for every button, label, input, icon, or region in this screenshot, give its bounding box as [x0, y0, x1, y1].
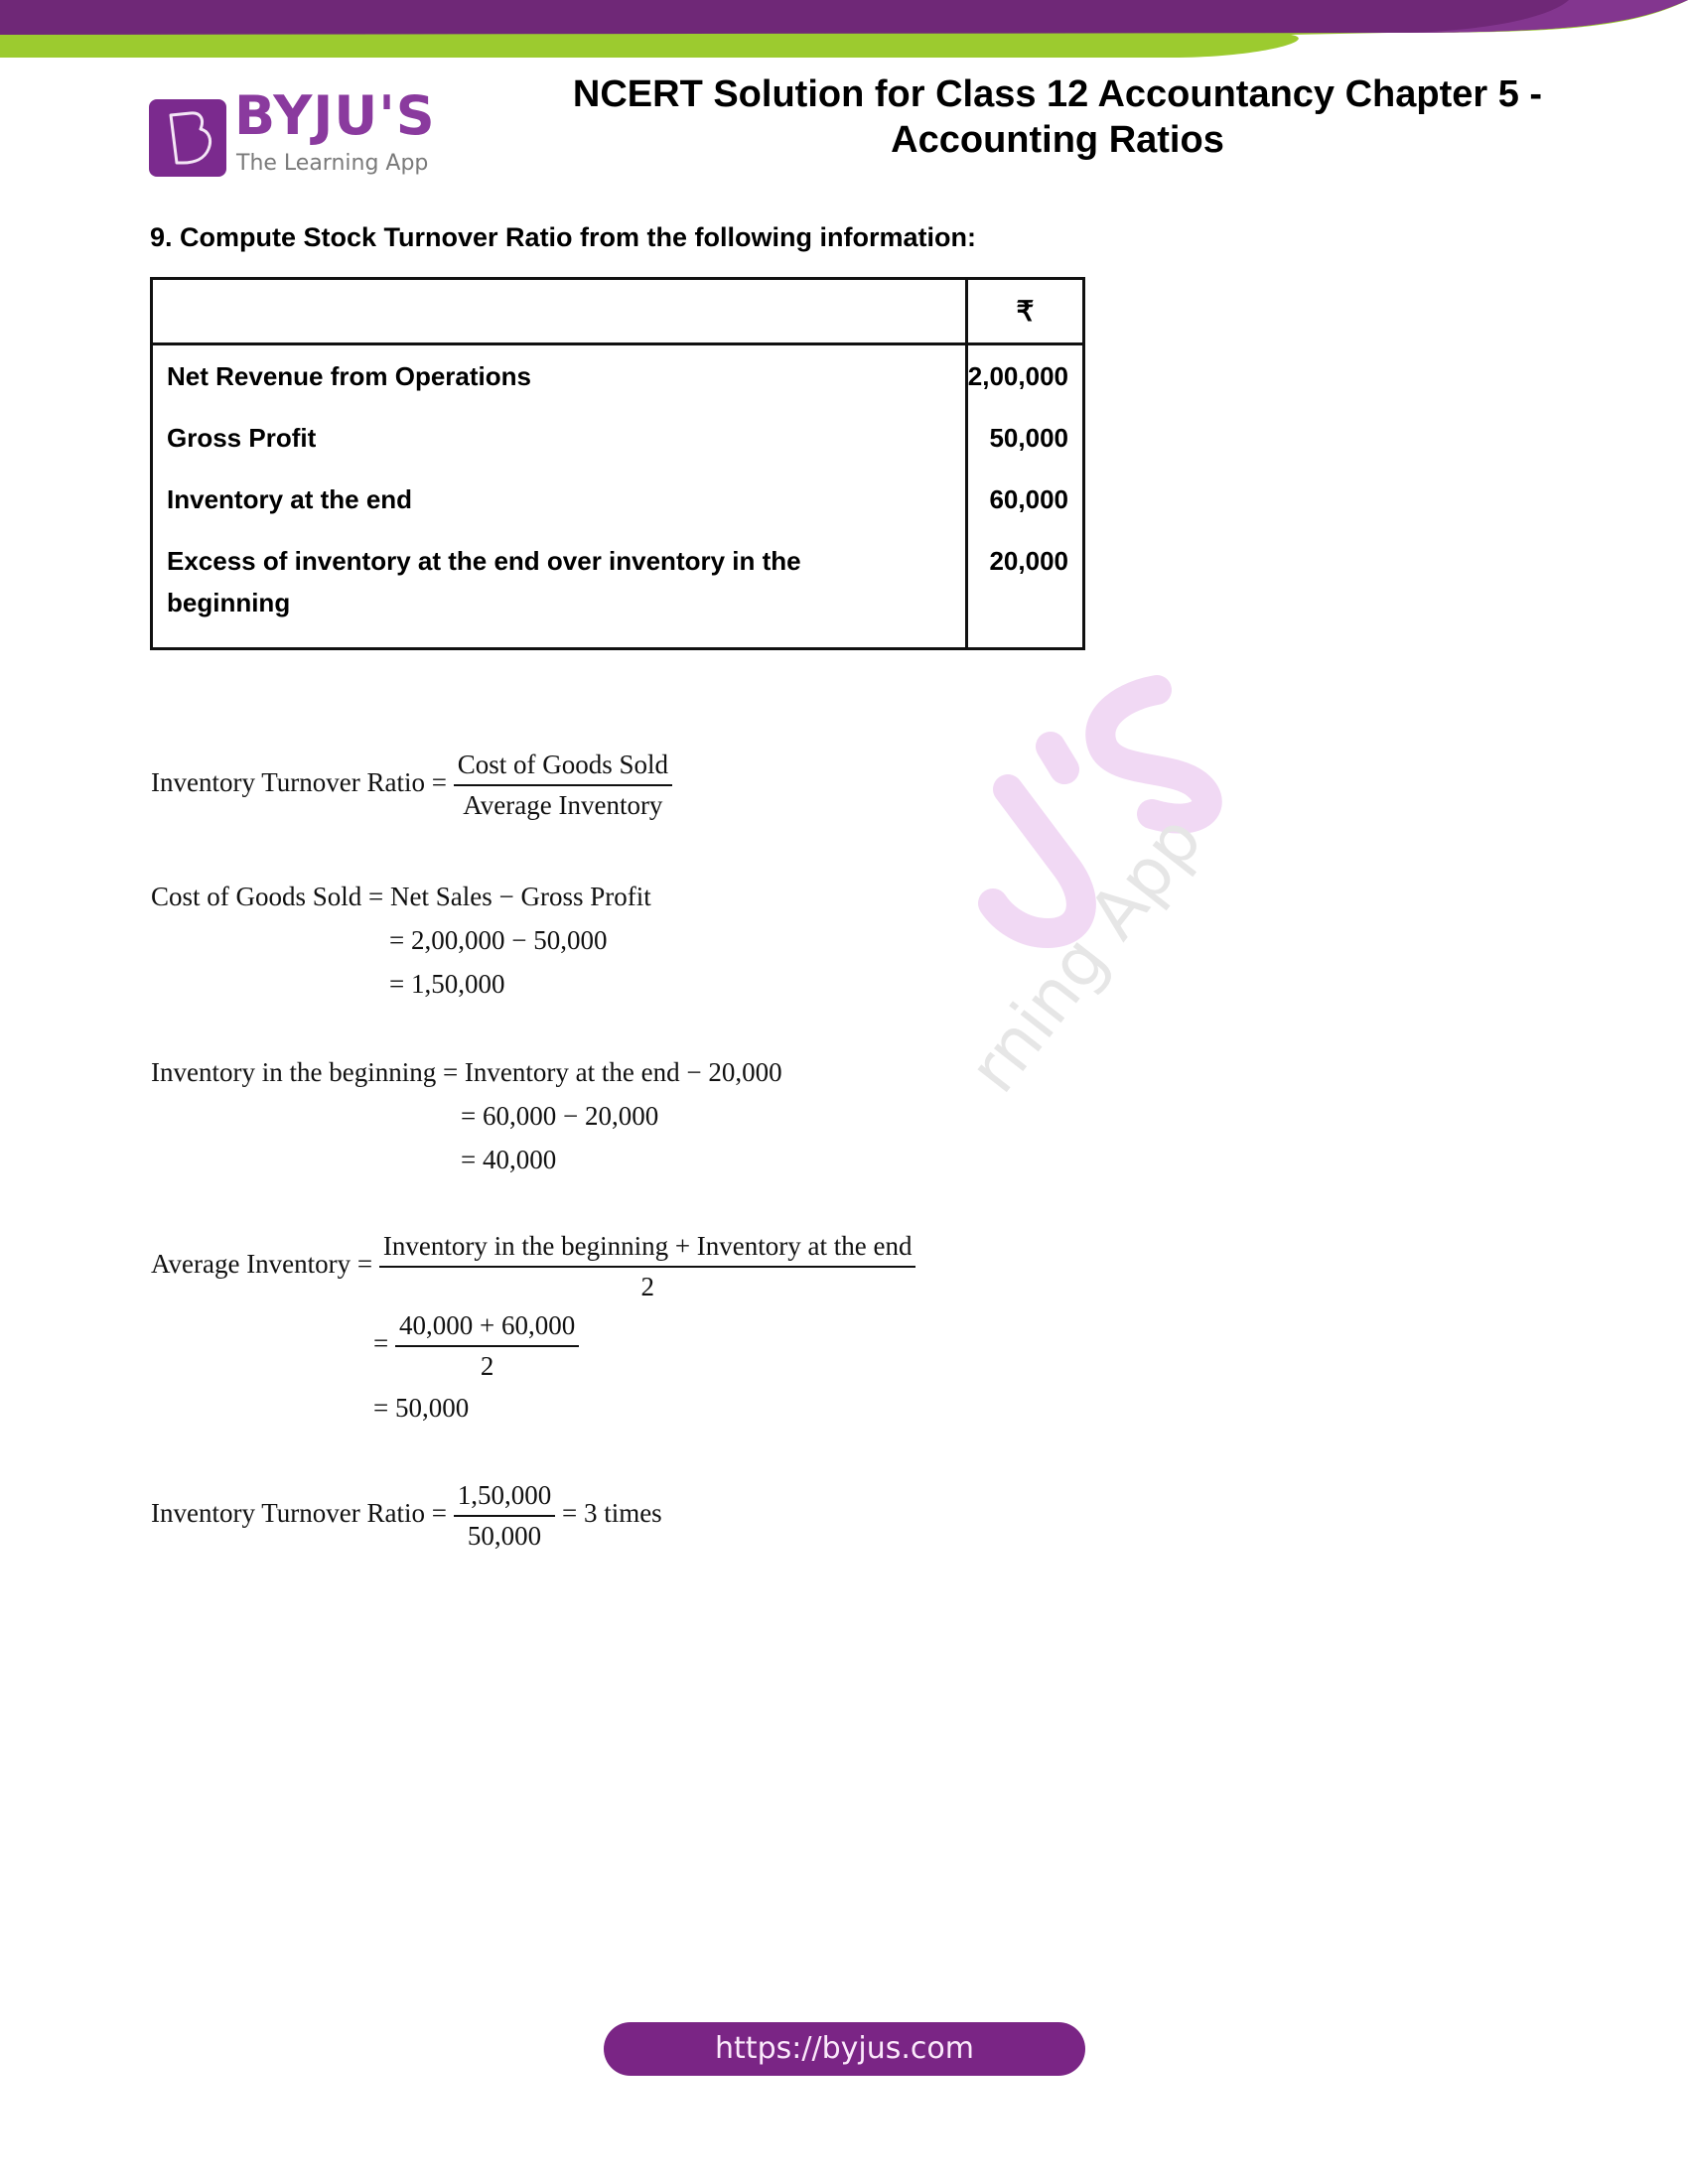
question-text: 9. Compute Stock Turnover Ratio from the… [150, 220, 976, 254]
opening-line-1: Inventory in the beginning = Inventory a… [151, 1059, 782, 1086]
avg-numerator: Inventory in the beginning + Inventory a… [379, 1233, 916, 1268]
itr-formula: Inventory Turnover Ratio = Cost of Goods… [151, 751, 672, 819]
row-label: Inventory at the end [152, 469, 967, 530]
avg-denominator: 2 [379, 1268, 916, 1300]
cogs-line-1: Cost of Goods Sold = Net Sales − Gross P… [151, 884, 651, 910]
table-header-label [152, 279, 967, 344]
table-row: Gross Profit 50,000 [152, 407, 1084, 469]
row-amount: 2,00,000 [966, 344, 1083, 408]
title-line-1: NCERT Solution for Class 12 Accountancy … [536, 71, 1579, 117]
avg-step2-numerator: 40,000 + 60,000 [395, 1312, 579, 1347]
avg-step2-denominator: 2 [395, 1347, 579, 1380]
itr-result-formula: Inventory Turnover Ratio = 1,50,000 50,0… [151, 1482, 662, 1550]
row-label: Gross Profit [152, 407, 967, 469]
row-label: Net Revenue from Operations [152, 344, 967, 408]
row-amount: 60,000 [966, 469, 1083, 530]
title-line-2: Accounting Ratios [536, 117, 1579, 163]
itr-fraction: Cost of Goods Sold Average Inventory [454, 751, 672, 819]
table-row: Net Revenue from Operations 2,00,000 [152, 344, 1084, 408]
table-row: Inventory at the end 60,000 [152, 469, 1084, 530]
table-header-row: ₹ [152, 279, 1084, 344]
cogs-line-2: = 2,00,000 − 50,000 [389, 927, 607, 954]
brand-name: BYJU'S [234, 89, 436, 143]
itr-result-fraction: 1,50,000 50,000 [454, 1482, 556, 1550]
average-inventory-step-2: = 40,000 + 60,000 2 [373, 1312, 579, 1380]
itr-denominator: Average Inventory [454, 786, 672, 819]
itr-result-numerator: 1,50,000 [454, 1482, 556, 1517]
cogs-line-3: = 1,50,000 [389, 971, 504, 998]
byjus-logo: BYJU'S The Learning App [149, 97, 437, 182]
opening-line-3: = 40,000 [461, 1147, 556, 1173]
average-inventory-result: = 50,000 [373, 1395, 469, 1422]
watermark: rning App [973, 655, 1331, 1132]
header-banner [0, 0, 1688, 60]
table-header-currency: ₹ [966, 279, 1083, 344]
average-inventory-formula: Average Inventory = Inventory in the beg… [151, 1233, 915, 1300]
itr-lhs: Inventory Turnover Ratio = [151, 767, 447, 797]
itr-result-lhs: Inventory Turnover Ratio = [151, 1498, 447, 1528]
row-label: Excess of inventory at the end over inve… [152, 530, 967, 649]
svg-text:rning App: rning App [973, 801, 1217, 1107]
itr-numerator: Cost of Goods Sold [454, 751, 672, 786]
itr-result-value: = 3 times [562, 1498, 662, 1528]
avg-lhs: Average Inventory = [151, 1249, 372, 1279]
avg-step2-fraction: 40,000 + 60,000 2 [395, 1312, 579, 1380]
brand-tagline: The Learning App [236, 153, 428, 175]
avg-fraction: Inventory in the beginning + Inventory a… [379, 1233, 916, 1300]
itr-result-denominator: 50,000 [454, 1517, 556, 1550]
avg-step2-eq: = [373, 1328, 388, 1358]
page-title: NCERT Solution for Class 12 Accountancy … [536, 71, 1579, 163]
banner-shape [0, 0, 1688, 60]
watermark-logo-icon: rning App [973, 655, 1331, 1132]
info-table: ₹ Net Revenue from Operations 2,00,000 G… [150, 277, 1085, 650]
row-amount: 50,000 [966, 407, 1083, 469]
opening-line-2: = 60,000 − 20,000 [461, 1103, 658, 1130]
table-row: Excess of inventory at the end over inve… [152, 530, 1084, 649]
row-amount: 20,000 [966, 530, 1083, 649]
logo-b-icon [149, 99, 226, 177]
footer-url-link[interactable]: https://byjus.com [604, 2022, 1085, 2076]
rupee-icon: ₹ [1016, 296, 1034, 327]
